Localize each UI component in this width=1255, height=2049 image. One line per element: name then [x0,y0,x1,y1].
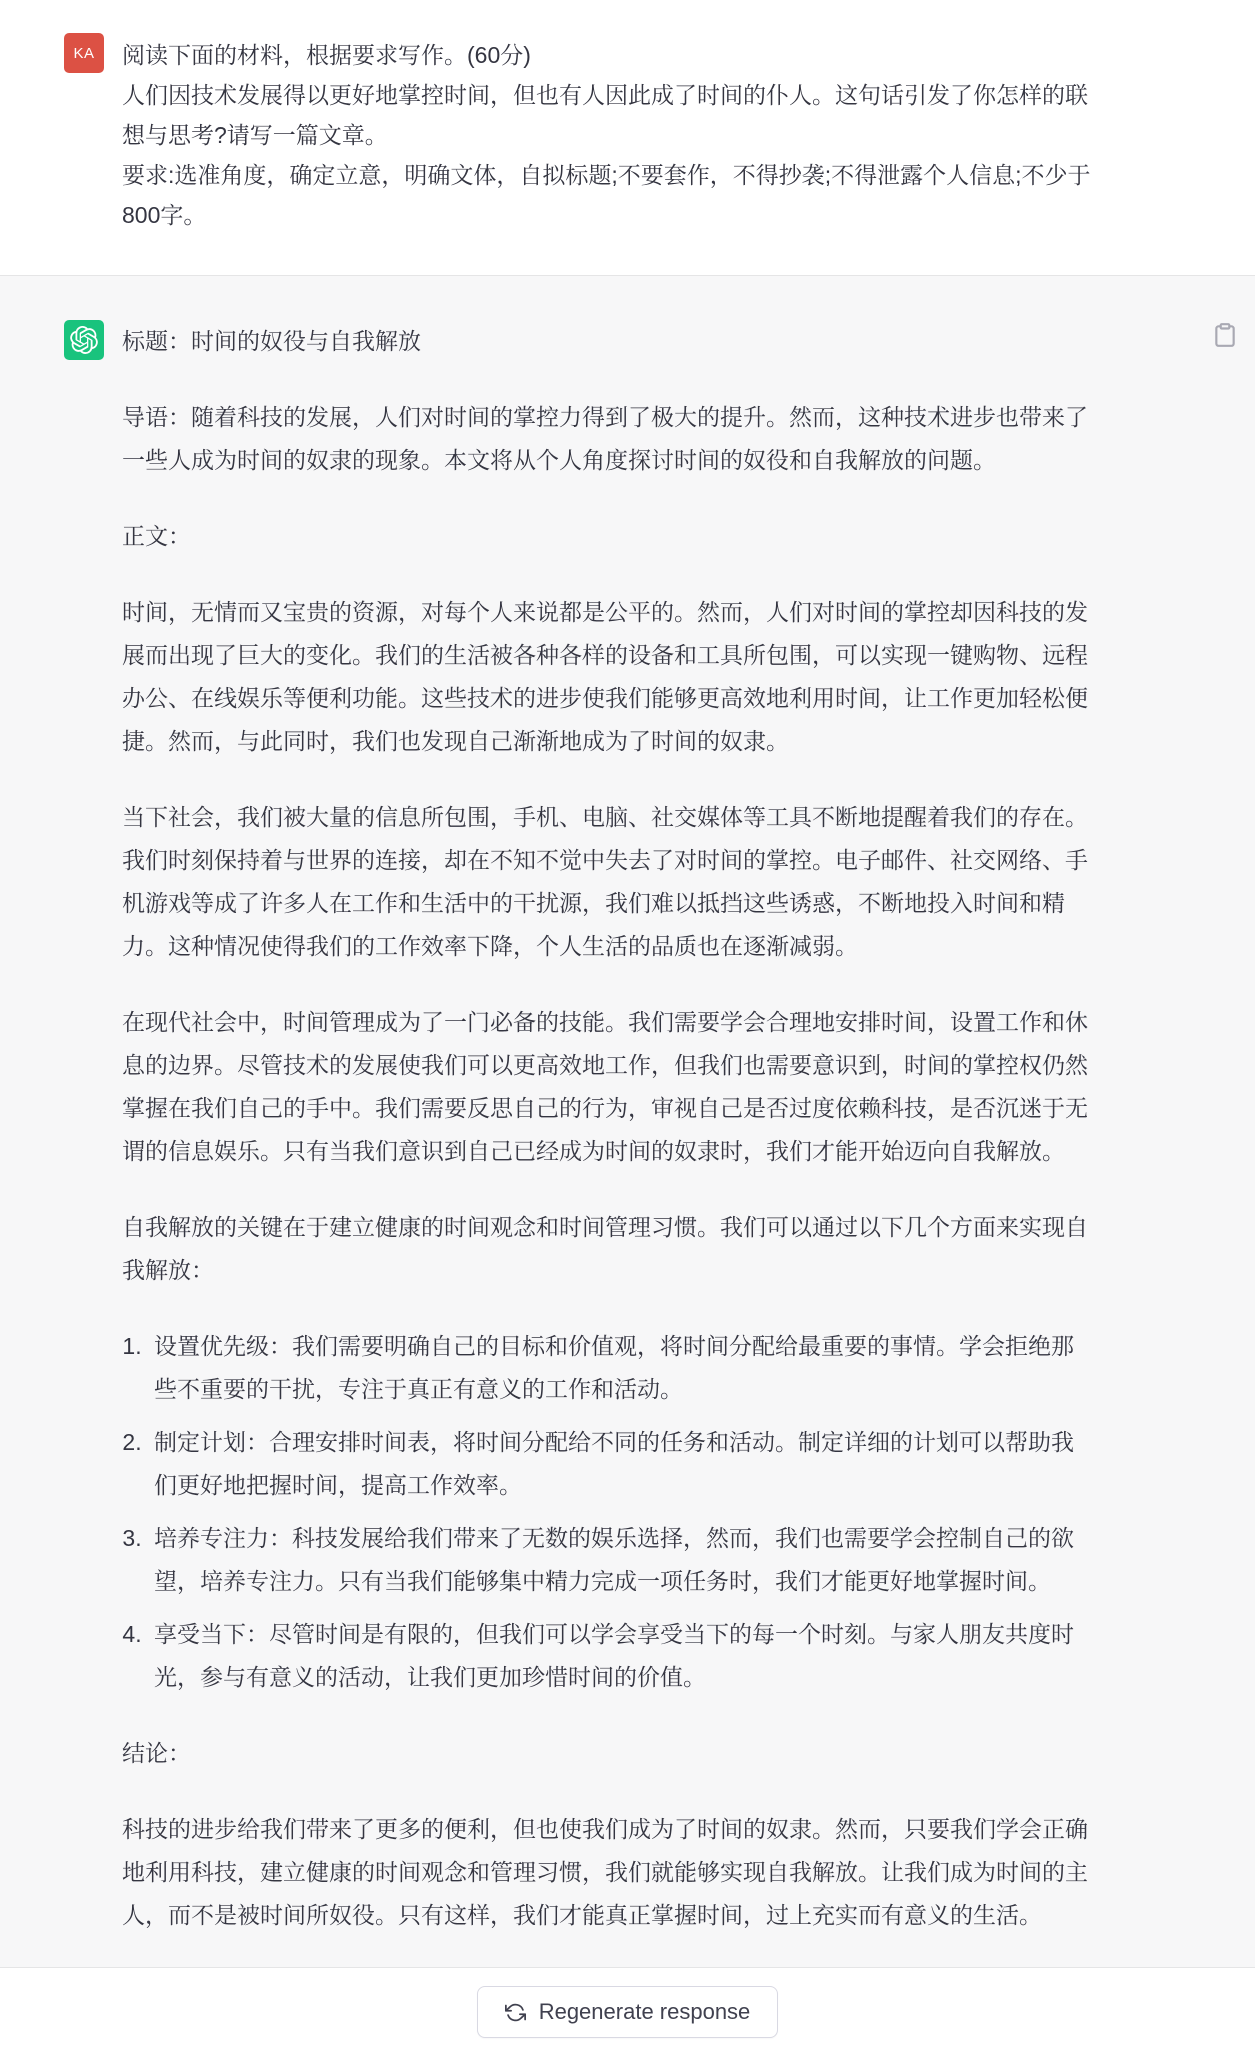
user-avatar: KA [64,33,104,73]
essay-paragraph: 在现代社会中，时间管理成为了一门必备的技能。我们需要学会合理地安排时间，设置工作… [122,1001,1134,1173]
regenerate-label: Regenerate response [539,1999,751,2025]
essay-conclusion: 科技的进步给我们带来了更多的便利，但也使我们成为了时间的奴隶。然而，只要我们学会… [122,1808,1134,1937]
openai-logo-icon [70,326,98,354]
regenerate-button[interactable]: Regenerate response [477,1986,779,2038]
assistant-message-text: 标题：时间的奴役与自我解放 导语：随着科技的发展，人们对时间的掌控力得到了极大的… [122,320,1134,1937]
essay-conclusion-label: 结论： [122,1732,1134,1775]
copy-button[interactable] [1208,318,1242,352]
essay-list: 设置优先级：我们需要明确自己的目标和价值观，将时间分配给最重要的事情。学会拒绝那… [122,1325,1134,1699]
essay-list-item: 设置优先级：我们需要明确自己的目标和价值观，将时间分配给最重要的事情。学会拒绝那… [148,1325,1134,1411]
essay-list-item: 享受当下：尽管时间是有限的，但我们可以学会享受当下的每一个时刻。与家人朋友共度时… [148,1613,1134,1699]
user-message: KA 阅读下面的材料，根据要求写作。(60分) 人们因技术发展得以更好地掌控时间… [0,0,1255,275]
assistant-message: 标题：时间的奴役与自我解放 导语：随着科技的发展，人们对时间的掌控力得到了极大的… [0,275,1255,1968]
essay-list-item: 培养专注力：科技发展给我们带来了无数的娱乐选择，然而，我们也需要学会控制自己的欲… [148,1517,1134,1603]
essay-paragraph: 时间，无情而又宝贵的资源，对每个人来说都是公平的。然而，人们对时间的掌控却因科技… [122,591,1134,763]
chatgpt-avatar [64,320,104,360]
essay-title: 标题：时间的奴役与自我解放 [122,320,1134,363]
regenerate-icon [505,2002,526,2023]
user-message-text: 阅读下面的材料，根据要求写作。(60分) 人们因技术发展得以更好地掌控时间，但也… [122,33,1134,235]
essay-intro: 导语：随着科技的发展，人们对时间的掌控力得到了极大的提升。然而，这种技术进步也带… [122,396,1134,482]
clipboard-icon [1212,322,1238,348]
essay-body-label: 正文： [122,515,1134,558]
essay-list-item: 制定计划：合理安排时间表，将时间分配给不同的任务和活动。制定详细的计划可以帮助我… [148,1421,1134,1507]
essay-paragraph: 当下社会，我们被大量的信息所包围，手机、电脑、社交媒体等工具不断地提醒着我们的存… [122,796,1134,968]
footer-bar: Regenerate response [0,1968,1255,2049]
essay-paragraph: 自我解放的关键在于建立健康的时间观念和时间管理习惯。我们可以通过以下几个方面来实… [122,1206,1134,1292]
chat-page: KA 阅读下面的材料，根据要求写作。(60分) 人们因技术发展得以更好地掌控时间… [0,0,1255,2049]
